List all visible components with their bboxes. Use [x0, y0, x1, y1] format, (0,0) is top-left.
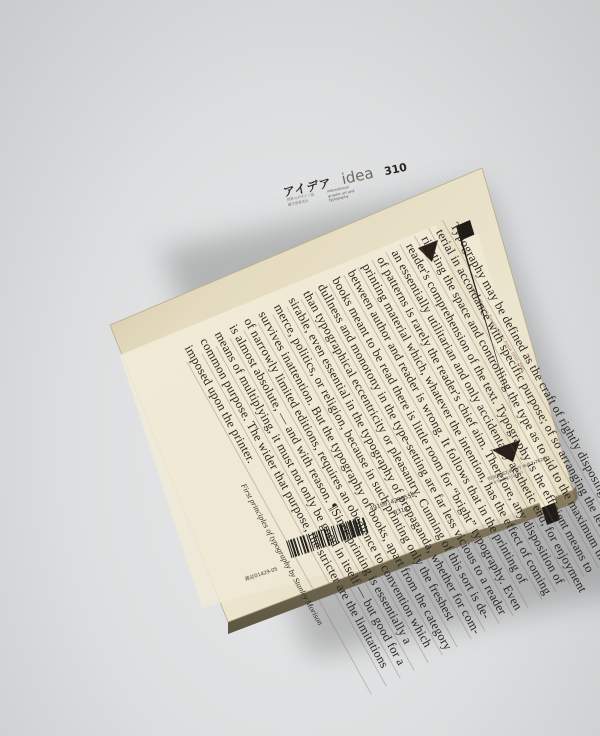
photo-scene: アイデア idea 310 世界のデザイン誌 誠文堂新光社 internatio…: [0, 0, 600, 736]
